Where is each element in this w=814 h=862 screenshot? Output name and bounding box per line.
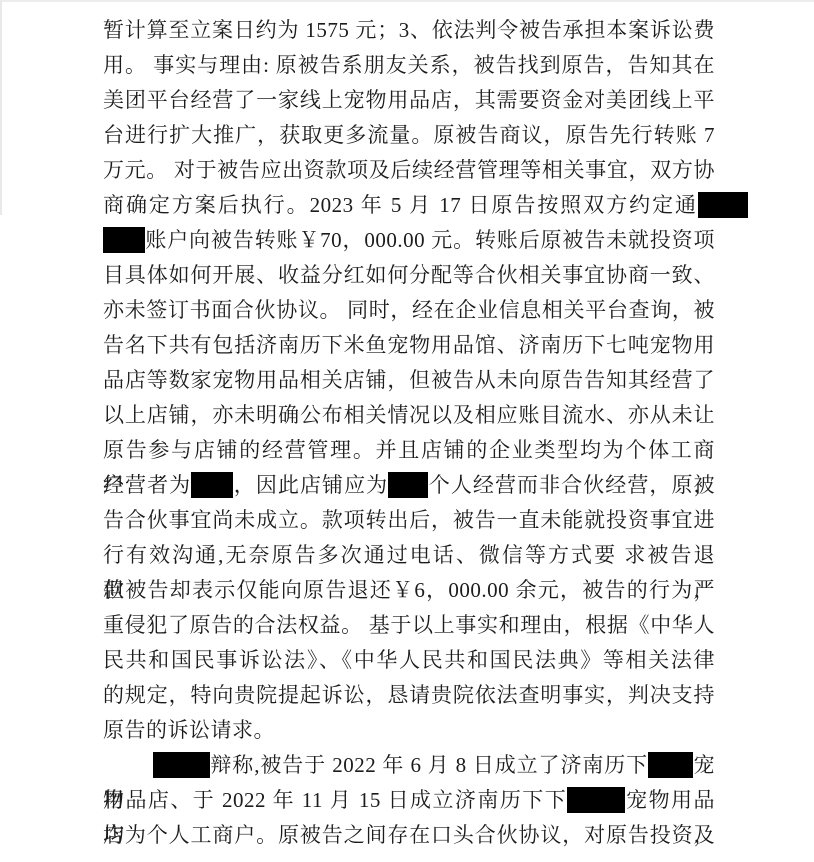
page-edge-top	[0, 0, 814, 2]
text-run: 商确定方案后执行。2023 年 5 月 17 日原告按照双方约定通	[103, 193, 698, 217]
document-line: 万元。 对于被告应出资款项及后续经营管理等相关事宜，双方协	[103, 153, 715, 188]
document-line: 用。 事实与理由: 原被告系朋友关系，被告找到原告，告知其在	[103, 48, 715, 83]
text-run: 用。 事实与理由: 原被告系朋友关系，被告找到原告，告知其在	[103, 53, 715, 77]
document-line: 的规定，特向贵院提起诉讼，恳请贵院依法查明事实，判决支持	[103, 678, 715, 713]
document-line: 均为个人工商户。原被告之间存在口头合伙协议，对原告投资及	[103, 818, 715, 853]
text-run: 美团平台经营了一家线上宠物用品店，其需要资金对美团线上平	[103, 88, 715, 112]
text-run: 原告的诉讼请求。	[103, 718, 275, 742]
redaction-block	[191, 472, 233, 498]
document-line: 告合伙事宜尚未成立。款项转出后，被告一直未能就投资事宜进	[103, 503, 715, 538]
document-line: 账户向被告转账￥70，000.00 元。转账后原被告未就投资项	[103, 223, 715, 258]
document-line: 美团平台经营了一家线上宠物用品店，其需要资金对美团线上平	[103, 83, 715, 118]
text-run: 用品店、于 2022 年 11 月 15 日成立济南历下下	[103, 788, 567, 812]
text-run: 经营者为	[103, 473, 191, 497]
document-line: 但被告却表示仅能向原告退还￥6，000.00 余元，被告的行为严	[103, 573, 715, 608]
page-edge-left	[0, 0, 2, 215]
redaction-block	[648, 752, 693, 778]
document-line: 民共和国民事诉讼法》、《中华人民共和国民法典》等相关法律	[103, 643, 715, 678]
document-line: 原告参与店铺的经营管理。并且店铺的企业类型均为个体工商户，	[103, 433, 715, 468]
redaction-block	[103, 227, 145, 253]
redaction-block	[388, 472, 428, 498]
text-run: 均为个人工商户。原被告之间存在口头合伙协议，对原告投资及	[103, 823, 715, 847]
text-run: 个人经营而非合伙经营，原被	[428, 473, 715, 497]
text-run: 民共和国民事诉讼法》、《中华人民共和国民法典》等相关法律	[103, 648, 715, 672]
redaction-block	[698, 192, 748, 218]
document-line: 商确定方案后执行。2023 年 5 月 17 日原告按照双方约定通	[103, 188, 715, 223]
text-run: 辩称,被告于 2022 年 6 月 8 日成立了济南历下	[210, 753, 648, 777]
text-run: 账户向被告转账￥70，000.00 元。转账后原被告未就投资项	[145, 228, 715, 252]
document-line: 行有效沟通,无奈原告多次通过电话、微信等方式要 求被告退款，	[103, 538, 715, 573]
text-run: 万元。 对于被告应出资款项及后续经营管理等相关事宜，双方协	[103, 158, 715, 182]
text-run: 台进行扩大推广，获取更多流量。原被告商议，原告先行转账 7	[103, 123, 715, 147]
document-line: 重侵犯了原告的合法权益。 基于以上事实和理由，根据《中华人	[103, 608, 715, 643]
document-page: 暂计算至立案日约为 1575 元；3、依法判令被告承担本案诉讼费用。 事实与理由…	[0, 0, 814, 862]
text-run: 告合伙事宜尚未成立。款项转出后，被告一直未能就投资事宜进	[103, 508, 715, 532]
document-line: 经营者为，因此店铺应为个人经营而非合伙经营，原被	[103, 468, 715, 503]
redaction-block	[153, 752, 210, 778]
document-line: 台进行扩大推广，获取更多流量。原被告商议，原告先行转账 7	[103, 118, 715, 153]
text-run: 告名下共有包括济南历下米鱼宠物用品馆、济南历下七吨宠物用	[103, 333, 715, 357]
text-run: 以上店铺，亦未明确公布相关情况以及相应账目流水、亦从未让	[103, 403, 715, 427]
document-text: 暂计算至立案日约为 1575 元；3、依法判令被告承担本案诉讼费用。 事实与理由…	[103, 13, 715, 853]
text-run: 品店等数家宠物用品相关店铺，但被告从未向原告告知其经营了	[103, 368, 715, 392]
document-line: 用品店、于 2022 年 11 月 15 日成立济南历下下宠物用品店，	[103, 783, 715, 818]
document-line: 辩称,被告于 2022 年 6 月 8 日成立了济南历下宠物	[103, 748, 715, 783]
text-run: 重侵犯了原告的合法权益。 基于以上事实和理由，根据《中华人	[103, 613, 715, 637]
document-line: 目具体如何开展、收益分红如何分配等合伙相关事宜协商一致、	[103, 258, 715, 293]
text-run: 的规定，特向贵院提起诉讼，恳请贵院依法查明事实，判决支持	[103, 683, 715, 707]
document-line: 暂计算至立案日约为 1575 元；3、依法判令被告承担本案诉讼费	[103, 13, 715, 48]
text-run: 但被告却表示仅能向原告退还￥6，000.00 余元，被告的行为严	[103, 578, 715, 602]
text-run: 亦未签订书面合伙协议。 同时，经在企业信息相关平台查询，被	[103, 298, 715, 322]
redaction-block	[567, 787, 625, 813]
document-line: 以上店铺，亦未明确公布相关情况以及相应账目流水、亦从未让	[103, 398, 715, 433]
text-run: 暂计算至立案日约为 1575 元；3、依法判令被告承担本案诉讼费	[103, 18, 715, 42]
document-line: 品店等数家宠物用品相关店铺，但被告从未向原告告知其经营了	[103, 363, 715, 398]
document-line: 告名下共有包括济南历下米鱼宠物用品馆、济南历下七吨宠物用	[103, 328, 715, 363]
text-run: 目具体如何开展、收益分红如何分配等合伙相关事宜协商一致、	[103, 263, 715, 287]
document-line: 亦未签订书面合伙协议。 同时，经在企业信息相关平台查询，被	[103, 293, 715, 328]
text-run: ，因此店铺应为	[233, 473, 388, 497]
document-line: 原告的诉讼请求。	[103, 713, 715, 748]
